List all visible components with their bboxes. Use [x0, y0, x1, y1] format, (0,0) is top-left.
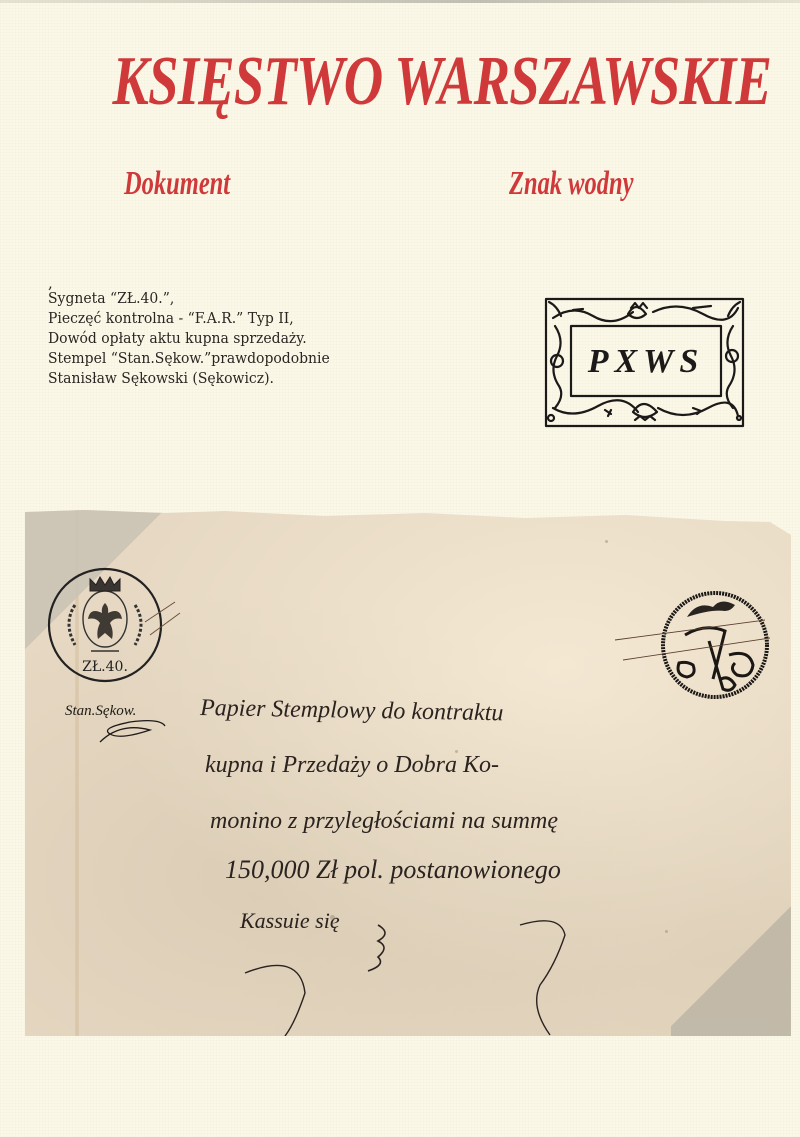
document-label: Dokument: [124, 164, 230, 204]
handwriting-line: kupna i Przedaży o Dobra Ko-: [205, 752, 499, 778]
paper-speck: [455, 750, 458, 753]
description-line: Stanisław Sękowski (Sękowicz).: [48, 368, 330, 388]
stray-comma: ,: [48, 278, 351, 288]
document-ink-layer: ZŁ.40. Stan.Sękow. Papier Stemplowy do k…: [25, 510, 791, 1036]
handwriting-line: 150,000 Zł pol. postanowionego: [225, 855, 561, 884]
handwriting-line: monino z przyległościami na summę: [210, 808, 558, 834]
page-title: KSIĘSTWO WARSZAWSKIE: [113, 42, 698, 122]
paper-speck: [605, 540, 608, 543]
watermark-label: Znak wodny: [509, 164, 633, 204]
watermark-drawing-icon: PXWS: [543, 296, 746, 429]
historical-document: ZŁ.40. Stan.Sękow. Papier Stemplowy do k…: [25, 510, 791, 1036]
page-top-edge: [0, 0, 800, 3]
svg-text:PXWS: PXWS: [587, 343, 705, 380]
eagle-seal-icon: ZŁ.40.: [49, 569, 161, 681]
description-line: Pieczęć kontrolna - “F.A.R.” Typ II,: [48, 308, 330, 328]
description-line: Sygneta “ZŁ.40.”,: [48, 288, 330, 308]
handwriting-line: Papier Stemplowy do kontraktu: [199, 695, 504, 726]
handwriting-line: Kassuie się: [239, 908, 340, 933]
description-line: Dowód opłaty aktu kupna sprzedaży.: [48, 328, 330, 348]
paper-speck: [330, 915, 335, 920]
description-line: Stempel “Stan.Sękow.”prawdopodobnie: [48, 348, 330, 368]
description-block: , Sygneta “ZŁ.40.”, Pieczęć kontrolna - …: [48, 284, 351, 388]
paper-speck: [665, 930, 668, 933]
svg-text:Stan.Sękow.: Stan.Sękow.: [65, 703, 136, 719]
svg-text:ZŁ.40.: ZŁ.40.: [82, 659, 128, 675]
monogram-seal-icon: [663, 593, 767, 697]
